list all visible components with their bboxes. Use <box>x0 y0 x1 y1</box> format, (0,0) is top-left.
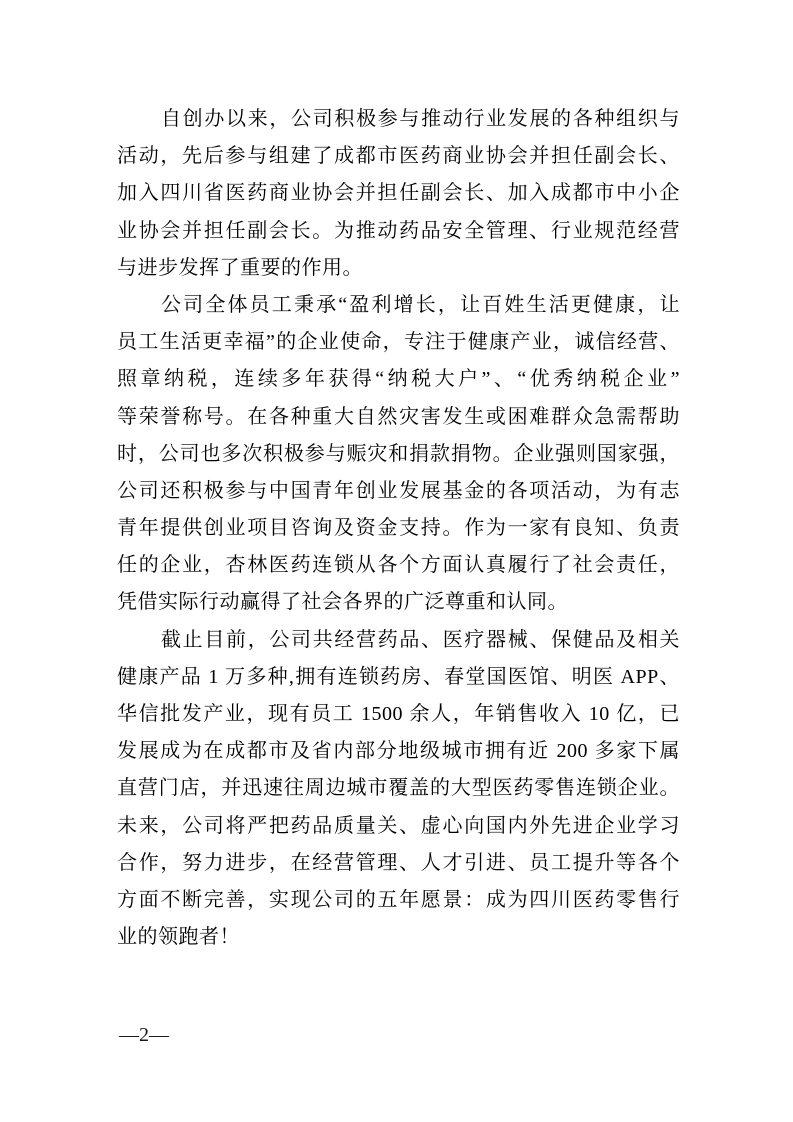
text-line: 员工生活更幸福”的企业使命，专注于健康产业，诚信经营、 <box>117 324 680 361</box>
text-line: 等荣誉称号。在各种重大自然灾害发生或困难群众急需帮助 <box>117 399 680 436</box>
text-line: 直营门店，并迅速往周边城市覆盖的大型医药零售连锁企业。 <box>117 770 680 807</box>
text-line: 公司全体员工秉承“盈利增长，让百姓生活更健康，让 <box>117 287 680 324</box>
text-line: 加入四川省医药商业协会并担任副会长、加入成都市中小企 <box>117 175 680 212</box>
text-line: 与进步发挥了重要的作用。 <box>117 250 680 287</box>
document-body: 自创办以来，公司积极参与推动行业发展的各种组织与 活动，先后参与组建了成都市医药… <box>117 101 680 956</box>
text-line: 时，公司也多次积极参与赈灾和捐款捐物。企业强则国家强， <box>117 436 680 473</box>
text-line: 截止目前，公司共经营药品、医疗器械、保健品及相关 <box>117 622 680 659</box>
paragraph-mission-social-responsibility: 公司全体员工秉承“盈利增长，让百姓生活更健康，让 员工生活更幸福”的企业使命，专… <box>117 287 680 622</box>
text-line: 照章纳税，连续多年获得“纳税大户”、“优秀纳税企业” <box>117 361 680 398</box>
text-line: 华信批发产业，现有员工 1500 余人，年销售收入 10 亿，已 <box>117 696 680 733</box>
text-line: 自创办以来，公司积极参与推动行业发展的各种组织与 <box>117 101 680 138</box>
text-line: 业的领跑者！ <box>117 919 680 956</box>
paragraph-business-scale-vision: 截止目前，公司共经营药品、医疗器械、保健品及相关 健康产品 1 万多种,拥有连锁… <box>117 622 680 957</box>
text-line: 未来，公司将严把药品质量关、虚心向国内外先进企业学习 <box>117 808 680 845</box>
text-line: 业协会并担任副会长。为推动药品安全管理、行业规范经营 <box>117 213 680 250</box>
text-line: 公司还积极参与中国青年创业发展基金的各项活动，为有志 <box>117 473 680 510</box>
text-line: 健康产品 1 万多种,拥有连锁药房、春堂国医馆、明医 APP、 <box>117 659 680 696</box>
page-number: —2— <box>119 1022 169 1048</box>
document-page: 自创办以来，公司积极参与推动行业发展的各种组织与 活动，先后参与组建了成都市医药… <box>0 0 793 1122</box>
paragraph-industry-organizations: 自创办以来，公司积极参与推动行业发展的各种组织与 活动，先后参与组建了成都市医药… <box>117 101 680 287</box>
text-line: 青年提供创业项目咨询及资金支持。作为一家有良知、负责 <box>117 510 680 547</box>
text-line: 活动，先后参与组建了成都市医药商业协会并担任副会长、 <box>117 138 680 175</box>
text-line: 任的企业，杏林医药连锁从各个方面认真履行了社会责任， <box>117 547 680 584</box>
text-line: 凭借实际行动赢得了社会各界的广泛尊重和认同。 <box>117 584 680 621</box>
text-line: 方面不断完善，实现公司的五年愿景：成为四川医药零售行 <box>117 882 680 919</box>
text-line: 发展成为在成都市及省内部分地级城市拥有近 200 多家下属 <box>117 733 680 770</box>
text-line: 合作，努力进步，在经营管理、人才引进、员工提升等各个 <box>117 845 680 882</box>
